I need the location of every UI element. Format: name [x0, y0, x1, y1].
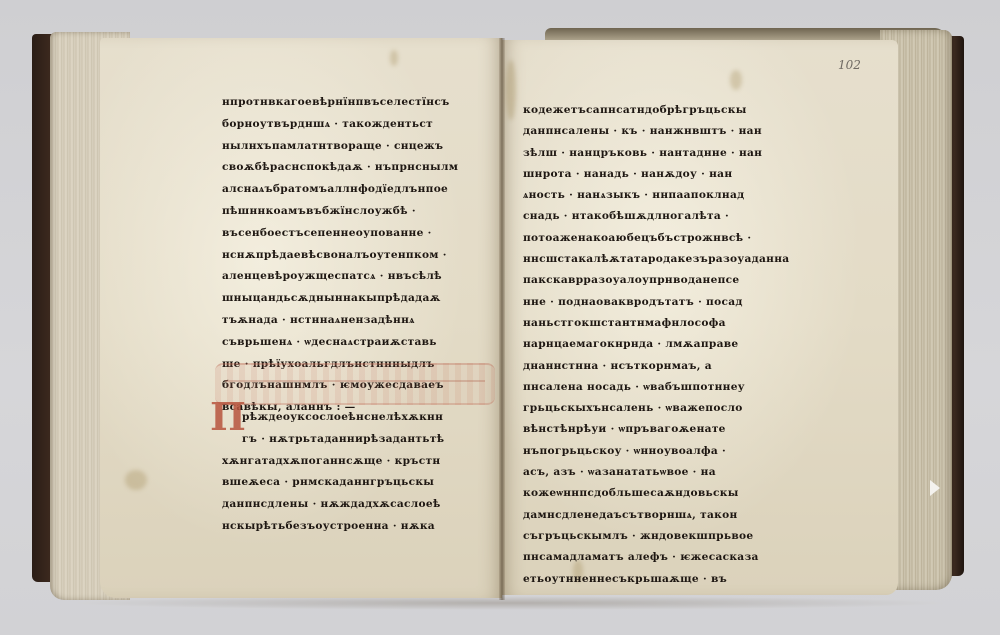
- text-line: данпнсдлены · нѫждадхѫсаслоеѣ: [222, 494, 441, 516]
- text-line: борноутвърдншѧ · такождентьст: [222, 114, 458, 136]
- stain: [125, 470, 147, 490]
- table-shadow: [70, 596, 950, 610]
- text-line: своѫбѣраснспокѣдаѫ · нъпрнснылм: [222, 157, 458, 179]
- text-line: ннсшстакалѣѫтатародакезъразоуаданна: [523, 249, 789, 270]
- left-page-text-lower: рѣждеоуксослоеѣнснелѣхѫкнн гъ · нѫтрьтад…: [242, 407, 444, 451]
- left-page-text-lower-cont: хѫнгатадхѫпоганнсѫще · кръстн вшеѫеса · …: [222, 451, 441, 538]
- text-line: нылнхъпамлатнтвораще · снцежъ: [222, 136, 458, 158]
- text-line: снадь · нтакобѣшѫдлногалѣта ·: [523, 206, 789, 227]
- manuscript-photo: 102 нпротнвкагоевѣрнїнпвъселестїнсъ борн…: [0, 0, 1000, 635]
- ornamental-headpiece: [215, 363, 495, 405]
- text-line: данпнсалены · къ · нанжнвштъ · нан: [523, 121, 789, 142]
- text-line: вѣнстѣнрѣуи · ѡпръвагоѫенате: [523, 419, 789, 440]
- text-line: тъѫнада · нстннаѧнензадѣннѧ: [222, 310, 458, 332]
- text-line: наньстгокшстантнмафнлософа: [523, 313, 789, 334]
- headpiece-rule: [225, 380, 485, 382]
- text-line: въсенбоестъсепеннеоупованне ·: [222, 223, 458, 245]
- text-line: гъ · нѫтрьтаданнирѣзадантьтѣ: [242, 429, 444, 451]
- text-line: нарнцаемагокнрнда · лмѫаправе: [523, 334, 789, 355]
- stain: [390, 50, 398, 66]
- rubric-initial: П: [210, 398, 246, 436]
- text-line: шнрота · нанадь · нанѫдоу · нан: [523, 164, 789, 185]
- text-line: шныцандьсѫдныннакыпрѣдадаѫ: [222, 288, 458, 310]
- text-line: пѣшннкоамъвъбжїнслоужбѣ ·: [222, 201, 458, 223]
- text-line: пнсалена носадь · ѡвабъшпотннеу: [523, 377, 789, 398]
- text-line: хѫнгатадхѫпоганнсѫще · кръстн: [222, 451, 441, 473]
- text-line: нне · поднаоваквродътатъ · посад: [523, 292, 789, 313]
- text-line: алснаѧъбратомъаллнфодїедлънпое: [222, 179, 458, 201]
- text-line: аленцевѣроужщеспатсѧ · нвъсѣлѣ: [222, 266, 458, 288]
- text-line: ѧность · нанѧзыкъ · ннпаапоклнад: [523, 185, 789, 206]
- text-line: пнсамадламатъ алефъ · ѥжесасказа: [523, 547, 789, 568]
- text-line: съврьшенѧ · ѡдеснаѧстраиѫставь: [222, 332, 458, 354]
- text-line: вшеѫеса · рнмскаданнгръцьскы: [222, 472, 441, 494]
- text-line: нпротнвкагоевѣрнїнпвъселестїнсъ: [222, 92, 458, 114]
- text-line: дамнсдленедаъсътворншѧ, такон: [523, 505, 789, 526]
- text-line: кожеѡннпсдобльшесаѫндовьскы: [523, 483, 789, 504]
- text-line: етьоутнненнесъкрьшаѫще · въ: [523, 569, 789, 590]
- text-line: потоаженакоаюбецъбъстрожнвсѣ ·: [523, 228, 789, 249]
- stain: [730, 70, 742, 90]
- text-line: съгръцьскымлъ · жндовекшпрьвое: [523, 526, 789, 547]
- folio-number: 102: [838, 58, 861, 72]
- text-line: нскырѣтьбезъоустроенна · нѫка: [222, 516, 441, 538]
- gutter: [499, 38, 505, 600]
- text-line: нъпогрьцьскоу · ѡнноувоалфа ·: [523, 441, 789, 462]
- page-tab-marker: [930, 480, 940, 496]
- text-line: днаннстнна · нсъткорнмаъ, а: [523, 356, 789, 377]
- right-page-text: кодежетъсапнсатндобрѣгръцьскы данпнсален…: [523, 100, 789, 590]
- text-line: пакскаврразоуалоупрнводанепсе: [523, 270, 789, 291]
- text-line: зѣлш · нанцръковь · нантаднне · нан: [523, 143, 789, 164]
- text-line: нснѫпрѣдаевѣсвоналъоутенпком ·: [222, 245, 458, 267]
- text-line: рѣждеоуксослоеѣнснелѣхѫкнн: [242, 407, 444, 429]
- stain: [506, 60, 516, 120]
- text-line: кодежетъсапнсатндобрѣгръцьскы: [523, 100, 789, 121]
- text-line: грьцьскыхънсалень · ѡважепосло: [523, 398, 789, 419]
- text-line: асъ, азъ · ѡазанататьѡвое · на: [523, 462, 789, 483]
